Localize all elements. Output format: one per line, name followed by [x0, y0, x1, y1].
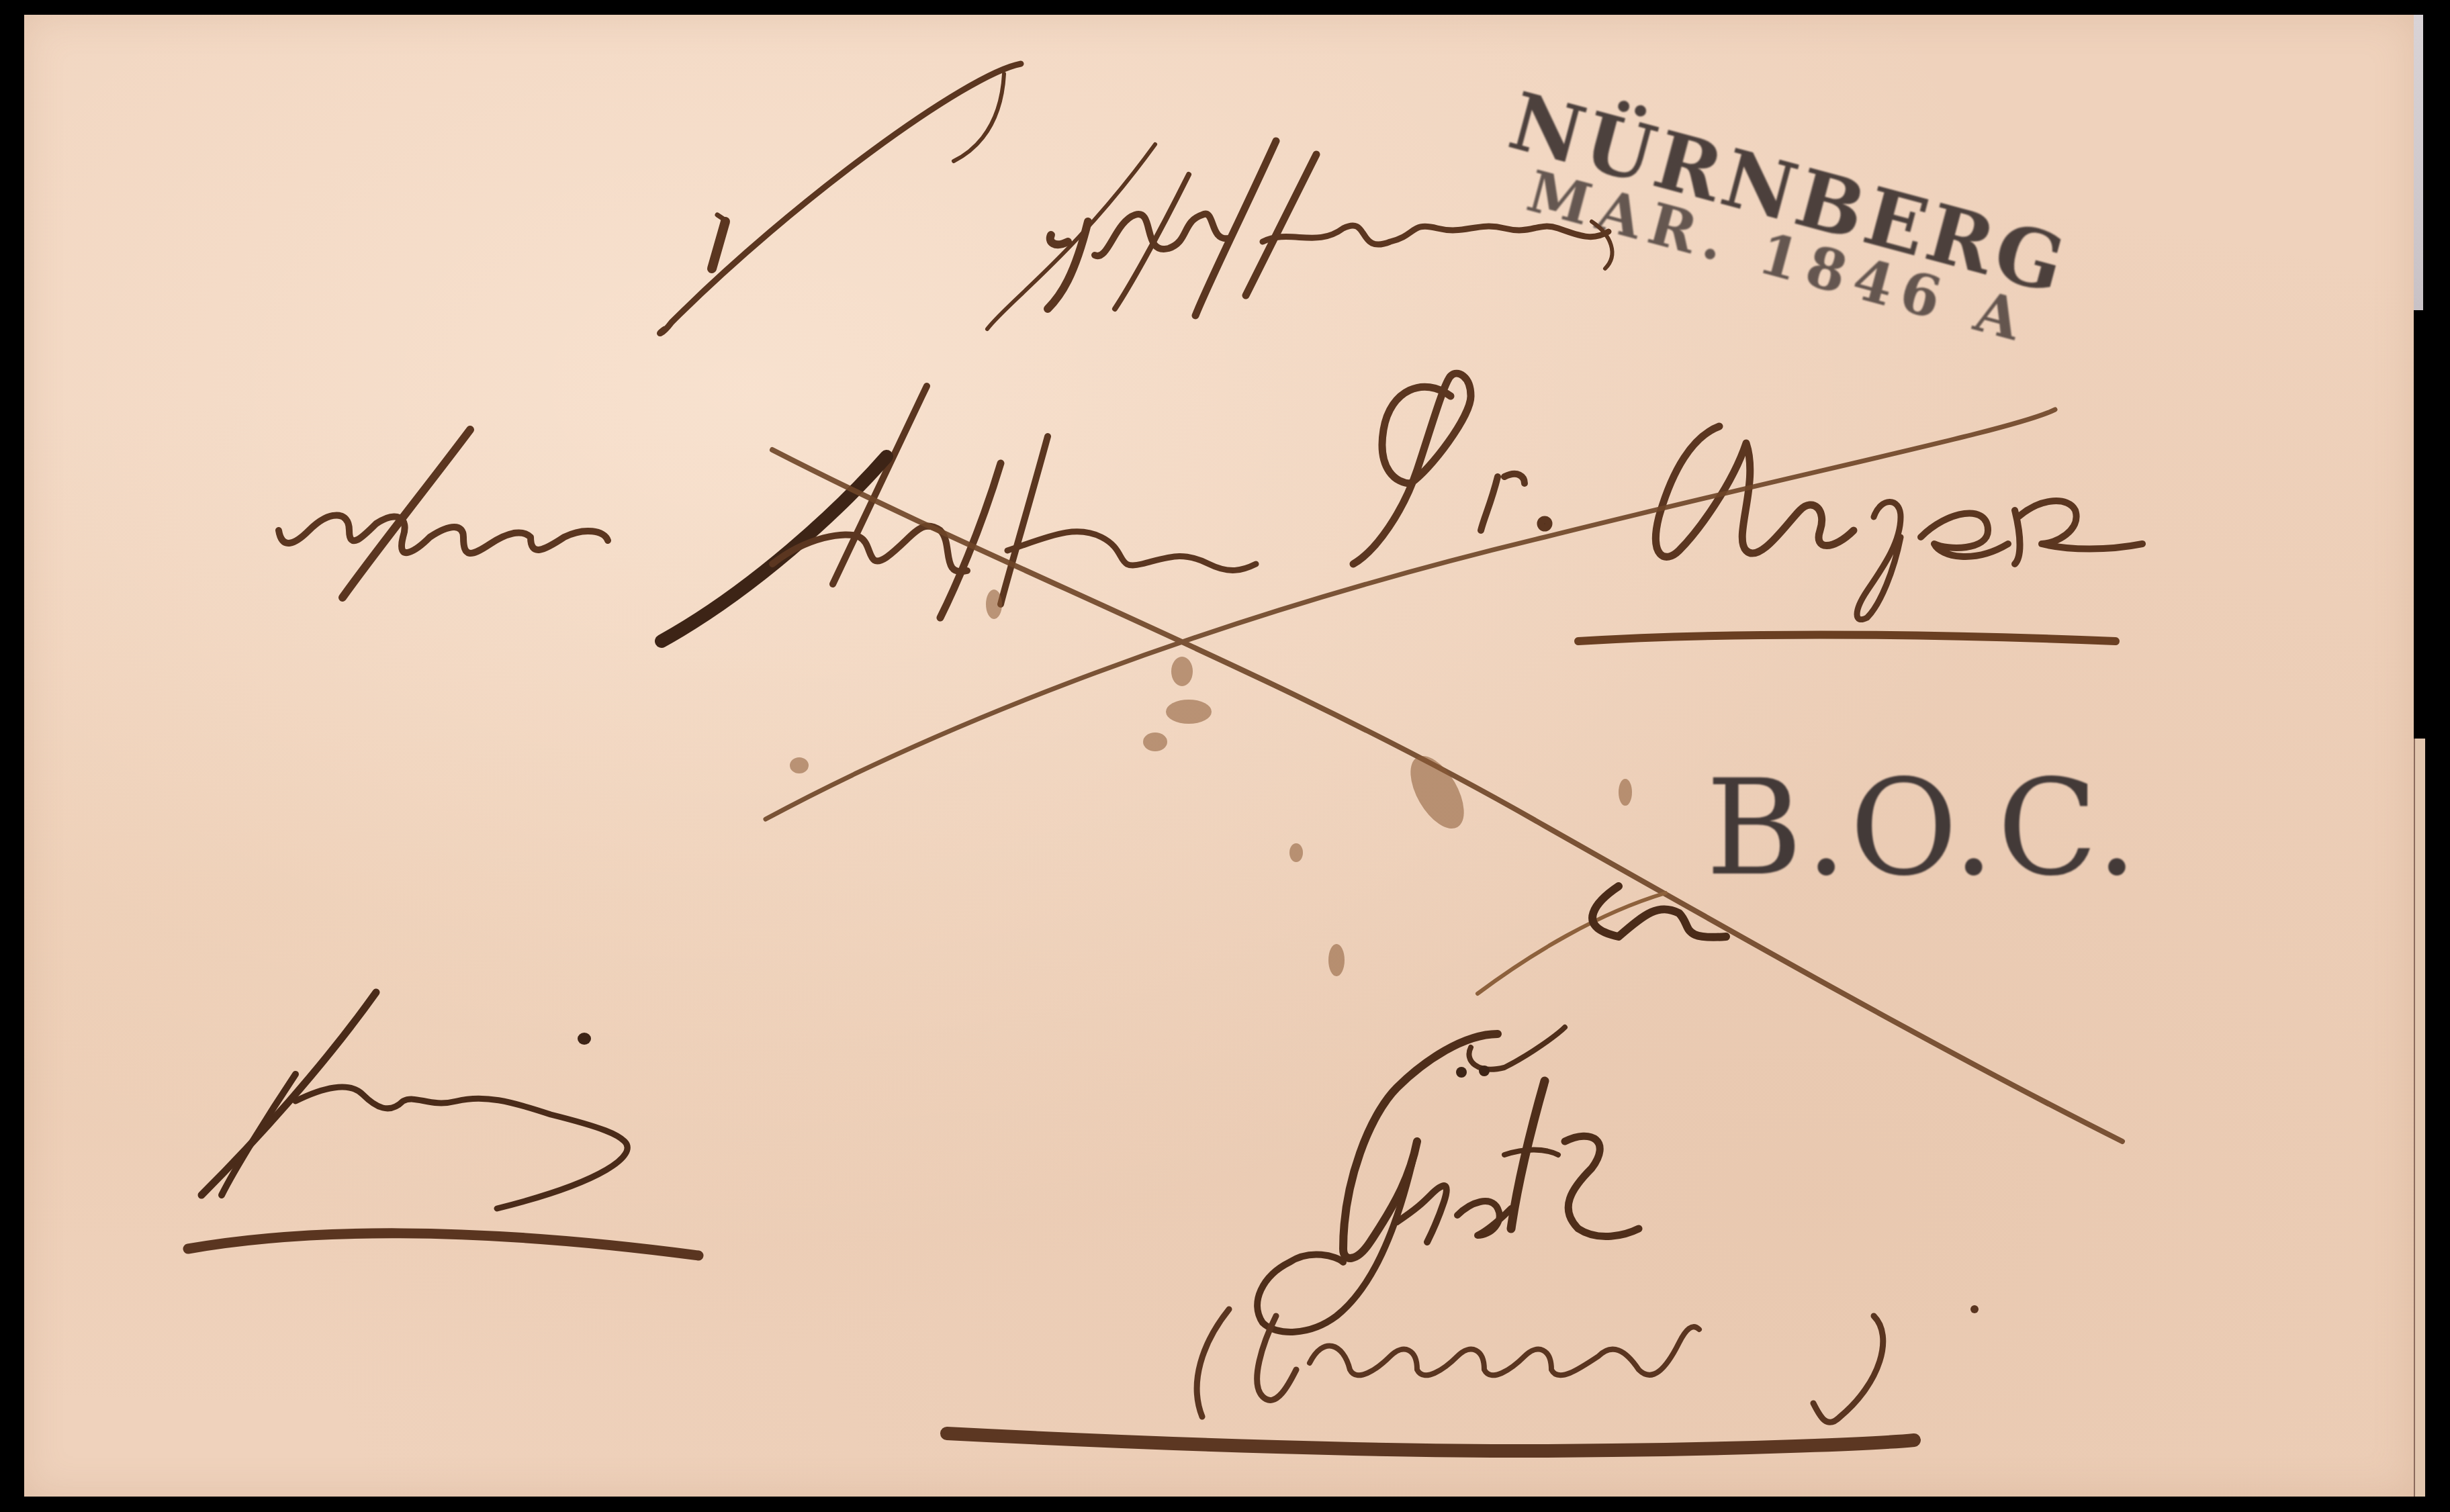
franking-note-script	[188, 992, 698, 1256]
franking-note-text: frei	[195, 1074, 218, 1090]
salutation-script	[660, 64, 1613, 334]
underline-recipient	[1578, 635, 2116, 641]
recipient-title-text: Herrn Professor	[275, 510, 385, 526]
scan-background: NÜRNBERG MAR. 1846 A B.O.C.	[0, 0, 2450, 1512]
connector-script	[1478, 886, 1726, 994]
region-text: (Steiermark)	[1202, 1356, 1289, 1372]
recipient-name-text: Dr. Unger	[1350, 470, 1417, 486]
connector-text: in	[1612, 900, 1625, 916]
ink-stains	[790, 589, 1632, 976]
city-text: Grätz	[1330, 1141, 1367, 1157]
recipient-name-script	[1353, 373, 2142, 619]
recipient-title-script	[279, 386, 1256, 641]
region-script	[947, 1305, 1979, 1451]
city-script	[1257, 1027, 1639, 1332]
handwriting-ink	[0, 0, 2450, 1512]
salutation-text: Sr. Hochwohlgeboren	[672, 114, 819, 130]
